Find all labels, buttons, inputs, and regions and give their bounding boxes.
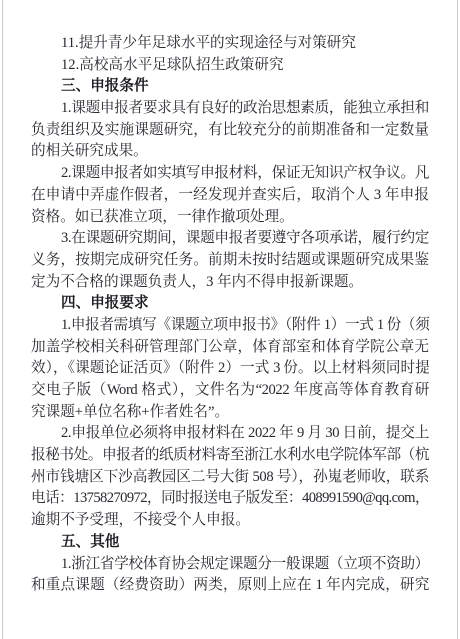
page-edge-right	[457, 0, 458, 639]
paragraph-line: 加盖学校相关科研管理部门公章，体育部室和体育学院公章无	[31, 337, 429, 359]
paragraph-line: 1.课题申报者要求具有良好的政治思想素质，能独立承担和	[31, 98, 429, 120]
paragraph-line: 1.浙江省学校体育协会规定课题分一般课题（立项不资助）	[31, 554, 429, 576]
document-content: 11.提升青少年足球水平的实现途径与对策研究 12.高校高水平足球队招生政策研究…	[31, 33, 429, 597]
topic-list-item: 12.高校高水平足球队招生政策研究	[31, 55, 429, 77]
paragraph-line: 2.课题申报者如实填写申报材料，保证无知识产权争议。凡	[31, 163, 429, 185]
paragraph-line: 负责组织及实施课题研究，有比较充分的前期准备和一定数量	[31, 120, 429, 142]
heading-others: 五、其他	[31, 532, 429, 554]
paragraph-line: 在申请中弄虚作假者，一经发现并查实后，取消个人 3 年申报	[31, 185, 429, 207]
heading-application-requirements: 四、申报要求	[31, 293, 429, 315]
paragraph-line: 义务，按期完成研究任务。前期未按时结题或课题研究成果鉴	[31, 250, 429, 272]
topic-list-item: 11.提升青少年足球水平的实现途径与对策研究	[31, 33, 429, 55]
paragraph-line: 3.在课题研究期间，课题申报者要遵守各项承诺，履行约定	[31, 228, 429, 250]
paragraph-line: 定为不合格的课题负责人，3 年内不得申报新课题。	[31, 272, 429, 294]
paragraph-line: 2.申报单位必须将申报材料在 2022 年 9 月 30 日前，提交上	[31, 423, 429, 445]
document-page: 11.提升青少年足球水平的实现途径与对策研究 12.高校高水平足球队招生政策研究…	[0, 0, 460, 639]
paragraph-line: 报秘书处。申报者的纸质材料寄至浙江水利水电学院体军部（杭	[31, 445, 429, 467]
paragraph-line: 和重点课题（经费资助）两类，原则上应在 1 年内完成，研究	[31, 575, 429, 597]
paragraph-line: 1.申报者需填写《课题立项申报书》（附件 1）一式 1 份（须	[31, 315, 429, 337]
paragraph-line: 逾期不予受理，不接受个人申报。	[31, 510, 429, 532]
paragraph-line: 电话：13758270972，同时报送电子版发至：408991590@qq.co…	[31, 488, 429, 510]
paragraph-line: 究课题+单位名称+作者姓名”。	[31, 402, 429, 424]
paragraph-line: 效），《课题论证活页》（附件 2）一式 3 份。以上材料须同时提	[31, 358, 429, 380]
paragraph-line: 交电子版（Word 格式），文件名为“2022 年度高等体育教育研	[31, 380, 429, 402]
paragraph-line: 州市钱塘区下沙高教园区二号大街 508 号），孙嵬老师收，联系	[31, 467, 429, 489]
page-edge-left	[2, 0, 3, 639]
paragraph-line: 的相关研究成果。	[31, 141, 429, 163]
heading-application-conditions: 三、申报条件	[31, 76, 429, 98]
paragraph-line: 资格。如已获准立项，一律作撤项处理。	[31, 207, 429, 229]
